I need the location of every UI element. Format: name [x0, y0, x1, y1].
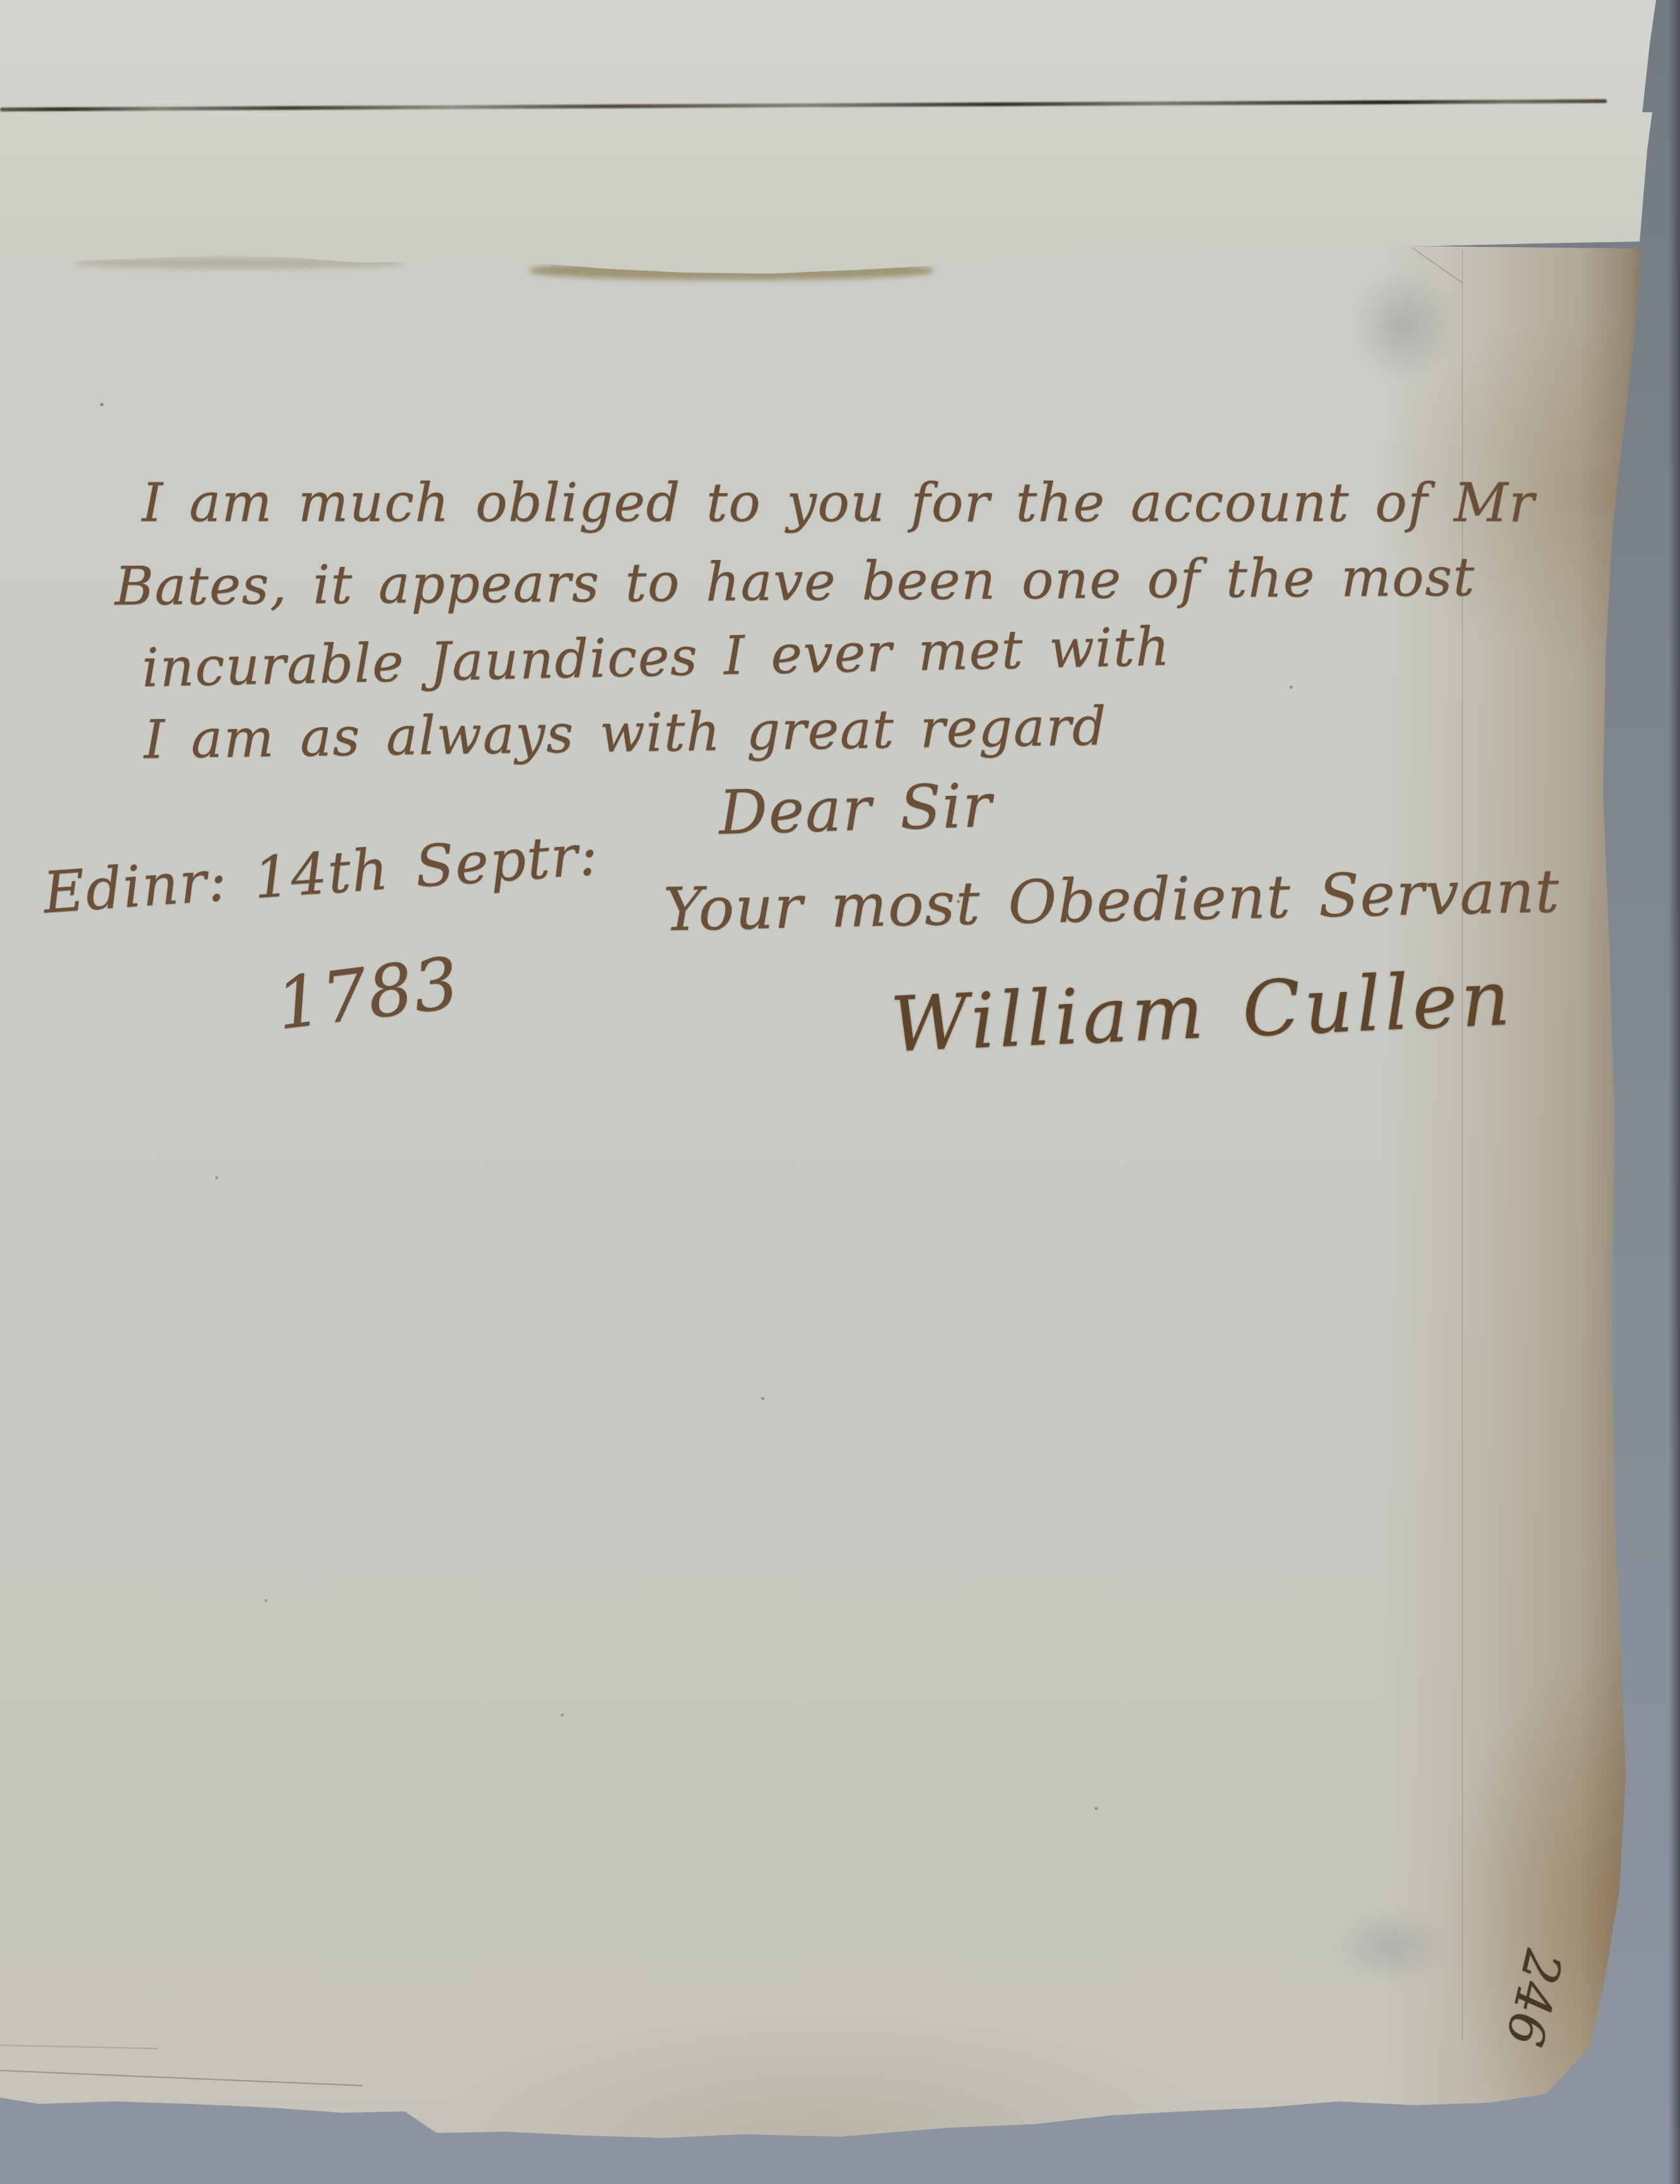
adhesive-stain-bottom	[1315, 1895, 1466, 1996]
bottom-left-crease-faint	[0, 2045, 158, 2049]
place-date-line: Edinr: 14th Septr:	[42, 827, 600, 922]
letter-line-1: I am much obliged to you for the account…	[142, 476, 1536, 529]
adhesive-stain-top	[1331, 246, 1476, 404]
letter-line-3: incurable Jaundices I ever met with	[141, 620, 1171, 694]
closing-line: Your most Obedient Servant	[663, 862, 1560, 940]
letter-line-2: Bates, it appears to have been one of th…	[115, 550, 1476, 612]
letter-line-4: I am as always with great regard	[143, 699, 1107, 766]
salutation: Dear Sir	[718, 775, 993, 843]
year: 1783	[272, 948, 464, 1041]
folio-number: 246	[1494, 1942, 1574, 2054]
signature-william-cullen: William Cullen	[889, 961, 1515, 1064]
corner-fold-line	[1412, 247, 1462, 283]
letter-page: I am much obliged to you for the account…	[0, 243, 1645, 2143]
scan-background: I am much obliged to you for the account…	[0, 0, 1680, 2184]
underlying-page-edge-top	[0, 0, 1656, 114]
bottom-left-crease	[0, 2070, 362, 2086]
